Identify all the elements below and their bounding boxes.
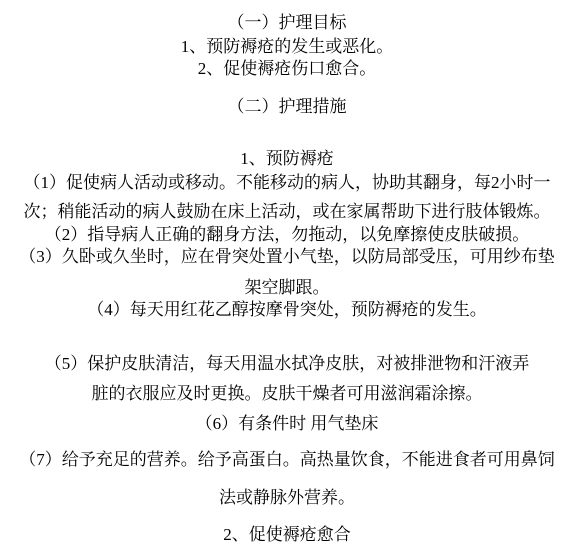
section-heading-care-measures: （二）护理措施: [0, 96, 574, 118]
document-page: （一）护理目标 1、预防褥疮的发生或恶化。 2、促使褥疮伤口愈合。 （二）护理措…: [0, 0, 574, 554]
measure-7-line-2: 法或静脉外营养。: [0, 487, 574, 509]
measure-3-line-1: （3）久卧或久坐时，应在骨突处置小气垫，以防局部受压，可用纱布垫: [0, 246, 574, 268]
measure-7-line-1: （7）给予充足的营养。给予高蛋白。高热量饮食，不能进食者可用鼻饲: [0, 449, 574, 471]
subsection-heading-healing: 2、促使褥疮愈合: [0, 524, 574, 546]
measure-5-line-2: 脏的衣服应及时更换。皮肤干燥者可用滋润霜涂擦。: [0, 383, 574, 405]
measure-5-line-1: （5）保护皮肤清洁，每天用温水拭净皮肤，对被排泄物和汗液弄: [0, 353, 574, 375]
section-heading-care-goals: （一）护理目标: [0, 12, 574, 34]
goal-item-2: 2、促使褥疮伤口愈合。: [0, 58, 574, 80]
measure-6: （6）有条件时 用气垫床: [0, 413, 574, 435]
measure-2: （2）指导病人正确的翻身方法，勿拖动，以免摩擦使皮肤破损。: [0, 224, 574, 246]
goal-item-1: 1、预防褥疮的发生或恶化。: [0, 36, 574, 58]
subsection-heading-prevention: 1、预防褥疮: [0, 148, 574, 170]
measure-3-line-2: 架空脚跟。: [0, 277, 574, 299]
measure-4: （4）每天用红花乙醇按摩骨突处，预防褥疮的发生。: [0, 299, 574, 321]
measure-1-line-2: 次；稍能活动的病人鼓励在床上活动，或在家属帮助下进行肢体锻炼。: [0, 201, 574, 223]
measure-1-line-1: （1）促使病人活动或移动。不能移动的病人，协助其翻身，每2小时一: [0, 172, 574, 194]
